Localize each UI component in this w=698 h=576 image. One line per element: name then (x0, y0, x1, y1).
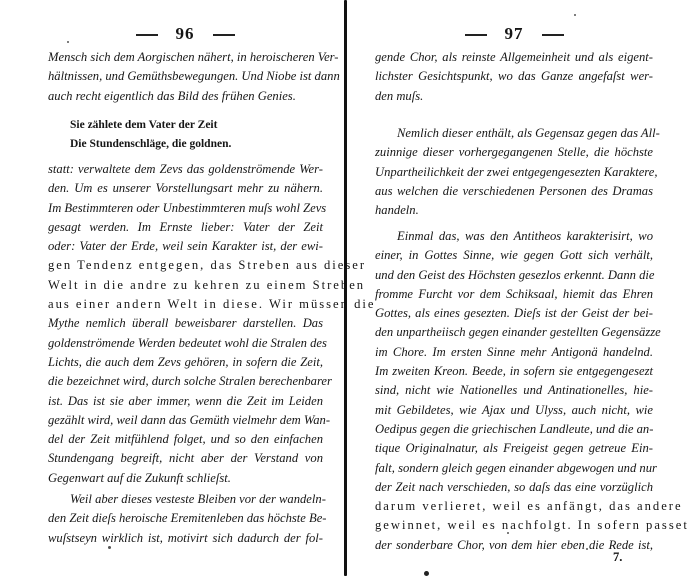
text-line: Lichts, die auch dem Zevs gehören, in so… (48, 353, 323, 372)
page-number-right: 97 (375, 24, 653, 44)
text-line: und den Geist des Höchsten gesezlos erke… (375, 266, 653, 285)
text-line: gewinnet, weil es nachfolgt. In sofern p… (375, 516, 653, 535)
text-line: Weil aber dieses vesteste Bleiben vor de… (48, 490, 323, 509)
text-line: Mythe nemlich überall beweisbarer darste… (48, 314, 323, 333)
dash-decoration (542, 34, 564, 36)
text-line: lichster Gesichtspunkt, wo das Ganze ang… (375, 67, 653, 86)
verse-quote: Sie zählete dem Vater der Zeit Die Stund… (70, 116, 231, 155)
text-line: hältnissen, und Gemüthsbewegungen. Und N… (48, 67, 323, 86)
text-line: goldenströmende Werden bedeutet wohl die… (48, 334, 323, 353)
text-line: statt: verwaltete dem Zevs das goldenstr… (48, 160, 323, 179)
text-line: auch recht eigentlich das Bild des frühe… (48, 87, 323, 106)
text-line: Welt in die andre zu kehren zu einem Str… (48, 276, 323, 295)
text-line: den muſs. (375, 87, 653, 106)
paragraph-right-3: Einmal das, was den Antitheos karakteris… (375, 227, 653, 555)
text-line: den. Um es unserer Vorstellungsart mehr … (48, 179, 323, 198)
scan-speck (424, 571, 429, 576)
text-line: handeln. (375, 201, 653, 220)
text-line: Mensch sich dem Aorgischen nähert, in he… (48, 48, 323, 67)
text-line: wuſstseyn wirklich ist, motivirt sich da… (48, 529, 323, 548)
text-line: der sonderbare Chor, von dem hier eben d… (375, 536, 653, 555)
page-number-text: 96 (176, 24, 195, 43)
paragraph-left-2: statt: verwaltete dem Zevs das goldenstr… (48, 160, 323, 488)
text-line: zuinnige dieser vorhergegangenen Stelle,… (375, 143, 653, 162)
text-line: Unpartheilichkeit der zwei entgegengesez… (375, 163, 653, 182)
text-line: Gegenwart auf die Zukunft schlieſst. (48, 469, 323, 488)
left-page: 96 Mensch sich dem Aorgischen nähert, in… (0, 0, 344, 576)
dash-decoration (213, 34, 235, 36)
text-line: oder: Vater der Erde, weil sein Karakter… (48, 237, 323, 256)
verse-line: Sie zählete dem Vater der Zeit (70, 116, 231, 135)
text-line: fromme Furcht vor dem Schiksaal, hiemit … (375, 285, 653, 304)
text-line: Stundengang begreift, nicht aber der Ver… (48, 449, 323, 468)
text-line: darum verlieret, weil es anfängt, das an… (375, 497, 653, 516)
text-line: einer, in Gottes Sinne, wie gegen Gott s… (375, 246, 653, 265)
scan-speck (507, 532, 509, 534)
paragraph-right-1: gende Chor, als reinste Allgemeinheit un… (375, 48, 653, 106)
text-line: die bezeichnet wird, durch solche Strale… (48, 372, 323, 391)
catchword: 7. (613, 548, 643, 567)
page-number-text: 97 (505, 24, 524, 43)
text-line: im Chore. Im ersten Sinne mehr Antigonä … (375, 343, 653, 362)
text-line: aus einer andern Welt in diese. Wir müss… (48, 295, 323, 314)
text-line: ist. Das ist sie aber immer, wenn die Ze… (48, 392, 323, 411)
text-line: Nemlich dieser enthält, als Gegensaz geg… (375, 124, 653, 143)
text-line: Gottes, als eines gesezten. Dieſs ist de… (375, 304, 653, 323)
text-line: den Zeit dieſs heroische Eremitenleben d… (48, 509, 323, 528)
text-line: Im Bestimmteren oder Unbestimmteren muſs… (48, 199, 323, 218)
text-line: aus welchen die verschiedenen Personen d… (375, 182, 653, 201)
paragraph-left-1: Mensch sich dem Aorgischen nähert, in he… (48, 48, 323, 106)
text-line: tique Originalnatur, als Freigeist gegen… (375, 439, 653, 458)
text-line: der Zeit nach verschieden, so daſs das e… (375, 478, 653, 497)
scan-speck (574, 14, 576, 16)
verse-line: Die Stundenschläge, die goldnen. (70, 135, 231, 154)
book-spread: 96 Mensch sich dem Aorgischen nähert, in… (0, 0, 698, 576)
text-line: del der Zeit mitfühlend folget, und so d… (48, 430, 323, 449)
right-page: 97 gende Chor, als reinste Allgemeinheit… (347, 0, 698, 576)
text-line: mit Gebildetes, wie Ajax und Ulyss, auch… (375, 401, 653, 420)
text-line: gende Chor, als reinste Allgemeinheit un… (375, 48, 653, 67)
text-line: gen Tendenz entgegen, das Streben aus di… (48, 256, 323, 275)
scan-speck (586, 548, 588, 550)
scan-speck (108, 546, 111, 549)
scan-speck (67, 41, 69, 43)
text-line: sind, nicht wie Nationelles und Antinati… (375, 381, 653, 400)
dash-decoration (465, 34, 487, 36)
text-line: den unpartheiisch gegen einander gestell… (375, 323, 653, 342)
text-line: Im zweiten Kreon. Beede, in sofern sie e… (375, 362, 653, 381)
text-line: falt, sondern gleich gegen einander abge… (375, 459, 653, 478)
text-line: Oedipus gegen die griechischen Landleute… (375, 420, 653, 439)
text-line: gesagt werden. Im Ernste lieber: Vater d… (48, 218, 323, 237)
dash-decoration (136, 34, 158, 36)
paragraph-left-3: Weil aber dieses vesteste Bleiben vor de… (48, 490, 323, 548)
paragraph-right-2: Nemlich dieser enthält, als Gegensaz geg… (375, 124, 653, 220)
page-number-left: 96 (48, 24, 322, 44)
text-line: gezählt wird, weil dann das Gemüth vielm… (48, 411, 323, 430)
text-line: Einmal das, was den Antitheos karakteris… (375, 227, 653, 246)
